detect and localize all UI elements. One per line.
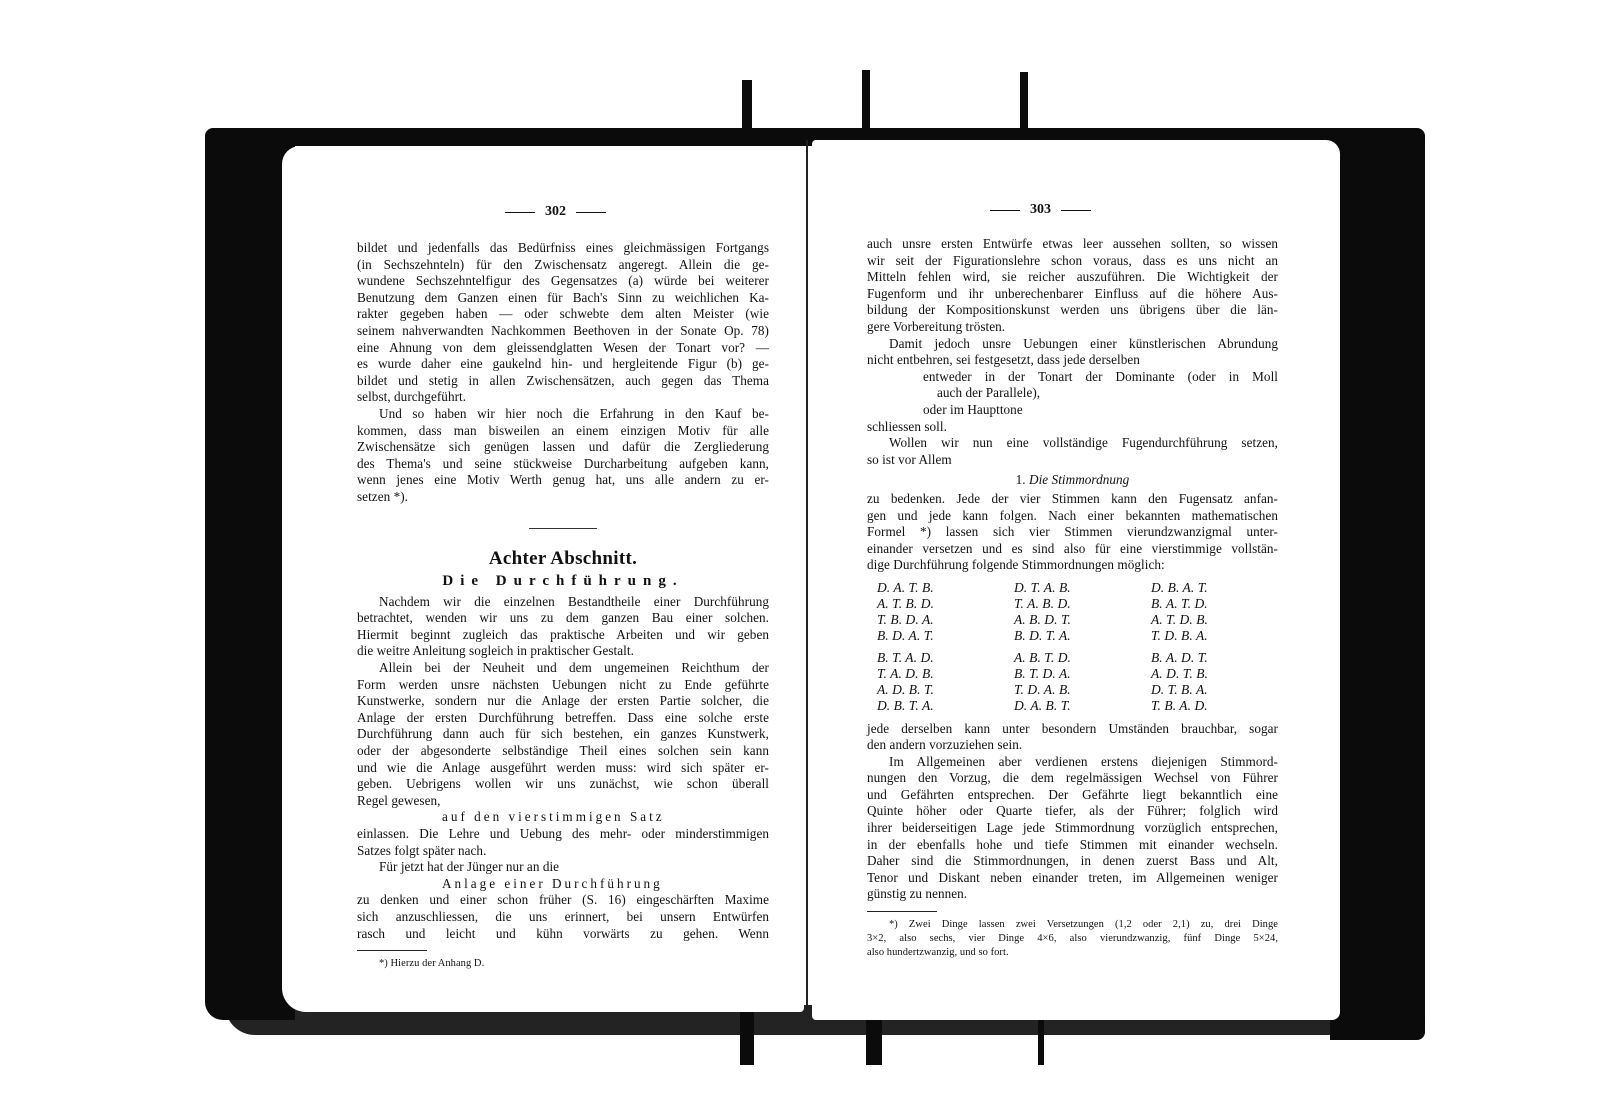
- paragraph: Im Allgemeinen aber verdienen erstens di…: [867, 754, 1278, 903]
- paragraph: Damit jedoch unsre Uebungen einer künstl…: [867, 336, 1278, 369]
- option-line: auch der Parallele),: [867, 385, 1278, 402]
- paragraph: zu denken und einer schon früher (S. 16)…: [357, 892, 769, 942]
- page-number-right: 303: [990, 202, 1091, 218]
- paragraph: einlassen. Die Lehre und Uebung des mehr…: [357, 826, 769, 859]
- bookmark-ribbon: [740, 1010, 754, 1065]
- bookmark-ribbon: [742, 80, 752, 132]
- page-number-left: 302: [505, 204, 606, 220]
- section-divider: [529, 528, 597, 529]
- emphasis-line: Anlage einer Durchführung: [357, 876, 769, 893]
- paragraph: auch unsre ersten Entwürfe etwas leer au…: [867, 236, 1278, 336]
- emphasis-line: auf den vierstimmigen Satz: [357, 809, 769, 826]
- paragraph: Allein bei der Neuheit und dem ungemeine…: [357, 660, 769, 809]
- paragraph: jede derselben kann unter besondern Umst…: [867, 721, 1278, 754]
- bookmark-ribbon: [1020, 72, 1028, 132]
- subheading: 1. Die Stimmordnung: [867, 472, 1278, 489]
- paragraph-start: Für jetzt hat der Jünger nur an die: [357, 859, 769, 876]
- book-cover-right-edge: [1330, 130, 1425, 1040]
- paragraph: bildet und jedenfalls das Bedürfniss ein…: [357, 240, 769, 406]
- option-line: entweder in der Tonart der Dominante (od…: [867, 369, 1278, 386]
- book-scan: 302 bildet und jedenfalls das Bedürfniss…: [0, 0, 1600, 1108]
- footnote-rule: [867, 911, 937, 912]
- bookmark-ribbon: [862, 70, 870, 132]
- paragraph: Und so haben wir hier noch die Erfahrung…: [357, 406, 769, 506]
- footnote-rule: [357, 950, 427, 951]
- footnote: *) Zwei Dinge lassen zwei Versetzungen (…: [867, 918, 1278, 960]
- book-gutter: [806, 140, 808, 1020]
- paragraph: Nachdem wir die einzelnen Bestandtheile …: [357, 594, 769, 660]
- section-title: Achter Abschnitt.: [357, 551, 769, 568]
- left-page-text: bildet und jedenfalls das Bedürfniss ein…: [357, 240, 769, 971]
- option-line: oder im Haupttone: [867, 402, 1278, 419]
- section-subtitle: Die Durchführung.: [357, 573, 769, 590]
- voice-order-table: D. A. T. B. D. T. A. B. D. B. A. T. A. T…: [867, 580, 1278, 715]
- paragraph: zu bedenken. Jede der vier Stimmen kann …: [867, 491, 1278, 574]
- paragraph: Wollen wir nun eine vollständige Fugendu…: [867, 435, 1278, 468]
- right-page-text: auch unsre ersten Entwürfe etwas leer au…: [867, 236, 1278, 960]
- footnote: *) Hierzu der Anhang D.: [357, 957, 769, 971]
- paragraph-end: schliessen soll.: [867, 419, 1278, 436]
